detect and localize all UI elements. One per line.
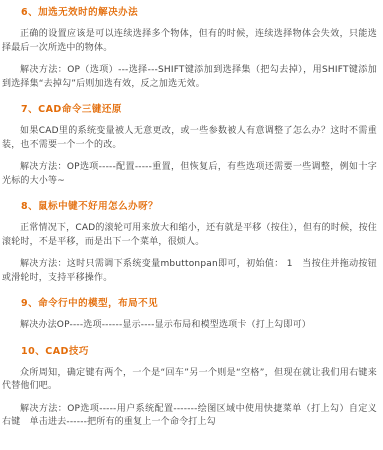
section-paragraph: 解决办法OP----选项------显示----显示布局和模型选项卡（打上勾即可… <box>2 319 377 333</box>
section-paragraph: 解决方法：这时只需调下系统变量mbuttonpan即可，初始值： 1 当按住并拖… <box>2 258 377 285</box>
article-section: 9、命令行中的模型，布局不见 解决办法OP----选项------显示----显… <box>2 297 377 333</box>
section-paragraph: 解决方法：OP选项-----配置-----重置，但恢复后，有些选项还需要一些调整… <box>2 161 377 188</box>
article-section: 8、鼠标中键不好用怎么办呀？ 正常情况下，CAD的滚轮可用来放大和缩小，还有就是… <box>2 200 377 285</box>
section-paragraph: 如果CAD里的系统变量被人无意更改，或一些参数被人有意调整了怎么办？这时不需重装… <box>2 125 377 152</box>
section-heading: 9、命令行中的模型，布局不见 <box>2 297 377 310</box>
section-paragraph: 众所周知，确定键有两个，一个是“回车”另一个则是“空格”，但现在就让我们用右键来… <box>2 367 377 394</box>
article-section: 7、CAD命令三键还原 如果CAD里的系统变量被人无意更改，或一些参数被人有意调… <box>2 103 377 188</box>
cad-tips-article: 6、加选无效时的解决办法 正确的设置应该是可以连续选择多个物体，但有的时候，连续… <box>0 0 383 430</box>
section-paragraph: 解决方法：OP（选项）---选择---SHIFT键添加到选择集（把勾去掉），用S… <box>2 64 377 91</box>
section-heading: 7、CAD命令三键还原 <box>2 103 377 116</box>
article-section: 6、加选无效时的解决办法 正确的设置应该是可以连续选择多个物体，但有的时候，连续… <box>2 6 377 91</box>
section-heading: 6、加选无效时的解决办法 <box>2 6 377 19</box>
article-section: 10、CAD技巧 众所周知，确定键有两个，一个是“回车”另一个则是“空格”，但现… <box>2 345 377 430</box>
section-paragraph: 正确的设置应该是可以连续选择多个物体，但有的时候，连续选择物体会失效，只能选择最… <box>2 28 377 55</box>
section-heading: 10、CAD技巧 <box>2 345 377 358</box>
section-paragraph: 正常情况下，CAD的滚轮可用来放大和缩小，还有就是平移（按住），但有的时候，按住… <box>2 222 377 249</box>
section-paragraph: 解决方法：OP选项-----用户系统配置-------绘图区域中使用快捷菜单（打… <box>2 403 377 430</box>
section-heading: 8、鼠标中键不好用怎么办呀？ <box>2 200 377 213</box>
